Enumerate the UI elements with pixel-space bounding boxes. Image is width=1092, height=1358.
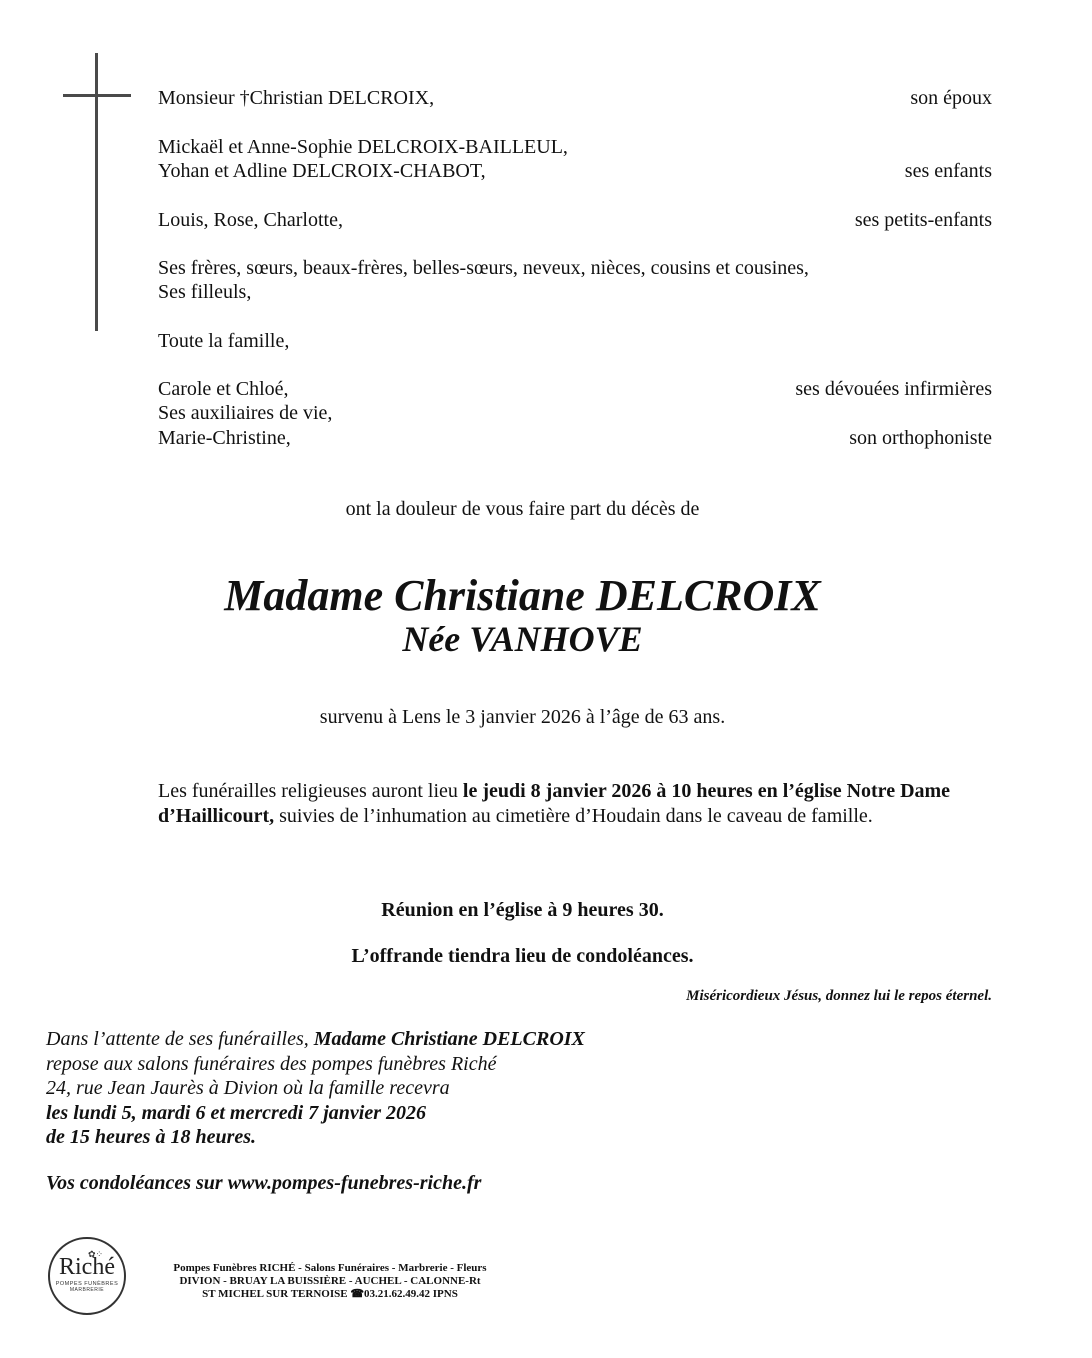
family-name: Mickaël et Anne-Sophie DELCROIX-BAILLEUL… [158, 135, 568, 159]
family-row: Ses frères, sœurs, beaux-frères, belles-… [158, 256, 992, 280]
condolences-link[interactable]: www.pompes-funebres-riche.fr [228, 1172, 482, 1194]
family-relation: ses dévouées infirmières [795, 377, 992, 401]
funeral-burial: suivies de l’inhumation au cimetière d’H… [274, 805, 873, 827]
footer-locations: DIVION - BRUAY LA BUISSIÈRE - AUCHEL - C… [140, 1275, 520, 1288]
family-name: Yohan et Adline DELCROIX-CHABOT, [158, 159, 486, 183]
family-name: Ses auxiliaires de vie, [158, 401, 332, 425]
family-relation: ses enfants [905, 159, 992, 183]
wake-details: Dans l’attente de ses funérailles, Madam… [46, 1027, 585, 1150]
death-info: survenu à Lens le 3 janvier 2026 à l’âge… [0, 706, 1045, 729]
condolences: Vos condoléances sur www.pompes-funebres… [46, 1172, 481, 1195]
reunion-notice: Réunion en l’église à 9 heures 30. [0, 899, 1045, 922]
wake-address: 24, rue Jean Jaurès à Divion où la famil… [46, 1076, 585, 1101]
logo-brand: Riché [50, 1256, 124, 1278]
prayer: Miséricordieux Jésus, donnez lui le repo… [686, 988, 992, 1005]
family-row: Monsieur †Christian DELCROIX, son époux [158, 86, 992, 110]
family-relation: son orthophoniste [849, 426, 992, 450]
family-name: Marie-Christine, [158, 426, 291, 450]
footer-location-3: ST MICHEL SUR TERNOISE [202, 1288, 350, 1300]
family-name: Toute la famille, [158, 329, 289, 353]
maiden-name: Née VANHOVE [0, 618, 1045, 660]
wake-dates: les lundi 5, mardi 6 et mercredi 7 janvi… [46, 1102, 426, 1124]
family-row: Yohan et Adline DELCROIX-CHABOT, ses enf… [158, 159, 992, 183]
wake-hours: de 15 heures à 18 heures. [46, 1126, 256, 1148]
footer-services: Pompes Funèbres RICHÉ - Salons Funéraire… [140, 1262, 520, 1275]
family-relation: son époux [910, 86, 992, 110]
family-name: Louis, Rose, Charlotte, [158, 208, 343, 232]
family-row: Ses auxiliaires de vie, [158, 401, 992, 425]
family-name: Ses filleuls, [158, 280, 251, 304]
footer-phone: 03.21.62.49.42 IPNS [364, 1288, 458, 1300]
funeral-text: Les funérailles religieuses auront lieu [158, 780, 463, 802]
family-relation: ses petits-enfants [855, 208, 992, 232]
funeral-details: Les funérailles religieuses auront lieu … [158, 779, 958, 828]
offering-notice: L’offrande tiendra lieu de condoléances. [0, 945, 1045, 968]
family-row: Marie-Christine, son orthophoniste [158, 426, 992, 450]
phone-icon: ☎ [350, 1288, 364, 1300]
family-row: Louis, Rose, Charlotte, ses petits-enfan… [158, 208, 992, 232]
deceased-name: Madame Christiane DELCROIX [0, 570, 1045, 621]
company-footer: Pompes Funèbres RICHÉ - Salons Funéraire… [140, 1262, 520, 1301]
family-name: Ses frères, sœurs, beaux-frères, belles-… [158, 256, 809, 280]
wake-location: repose aux salons funéraires des pompes … [46, 1052, 585, 1077]
family-row: Carole et Chloé, ses dévouées infirmière… [158, 377, 992, 401]
family-name: Carole et Chloé, [158, 377, 289, 401]
announcement-intro: ont la douleur de vous faire part du déc… [0, 498, 1045, 521]
logo-subtitle-2: MARBRERIE [50, 1287, 124, 1293]
flower-sprig-icon: ✿⁘ [88, 1249, 103, 1260]
condolences-text: Vos condoléances sur [46, 1172, 228, 1194]
family-name: Monsieur †Christian DELCROIX, [158, 86, 434, 110]
family-row: Ses filleuls, [158, 280, 992, 304]
wake-deceased-name: Madame Christiane DELCROIX [314, 1028, 585, 1050]
family-row: Toute la famille, [158, 329, 992, 353]
wake-text: Dans l’attente de ses funérailles, [46, 1028, 314, 1050]
cross-icon-bar [63, 94, 131, 97]
riche-logo: ✿⁘ Riché POMPES FUNÈBRES MARBRERIE [48, 1237, 126, 1315]
family-row: Mickaël et Anne-Sophie DELCROIX-BAILLEUL… [158, 135, 992, 159]
